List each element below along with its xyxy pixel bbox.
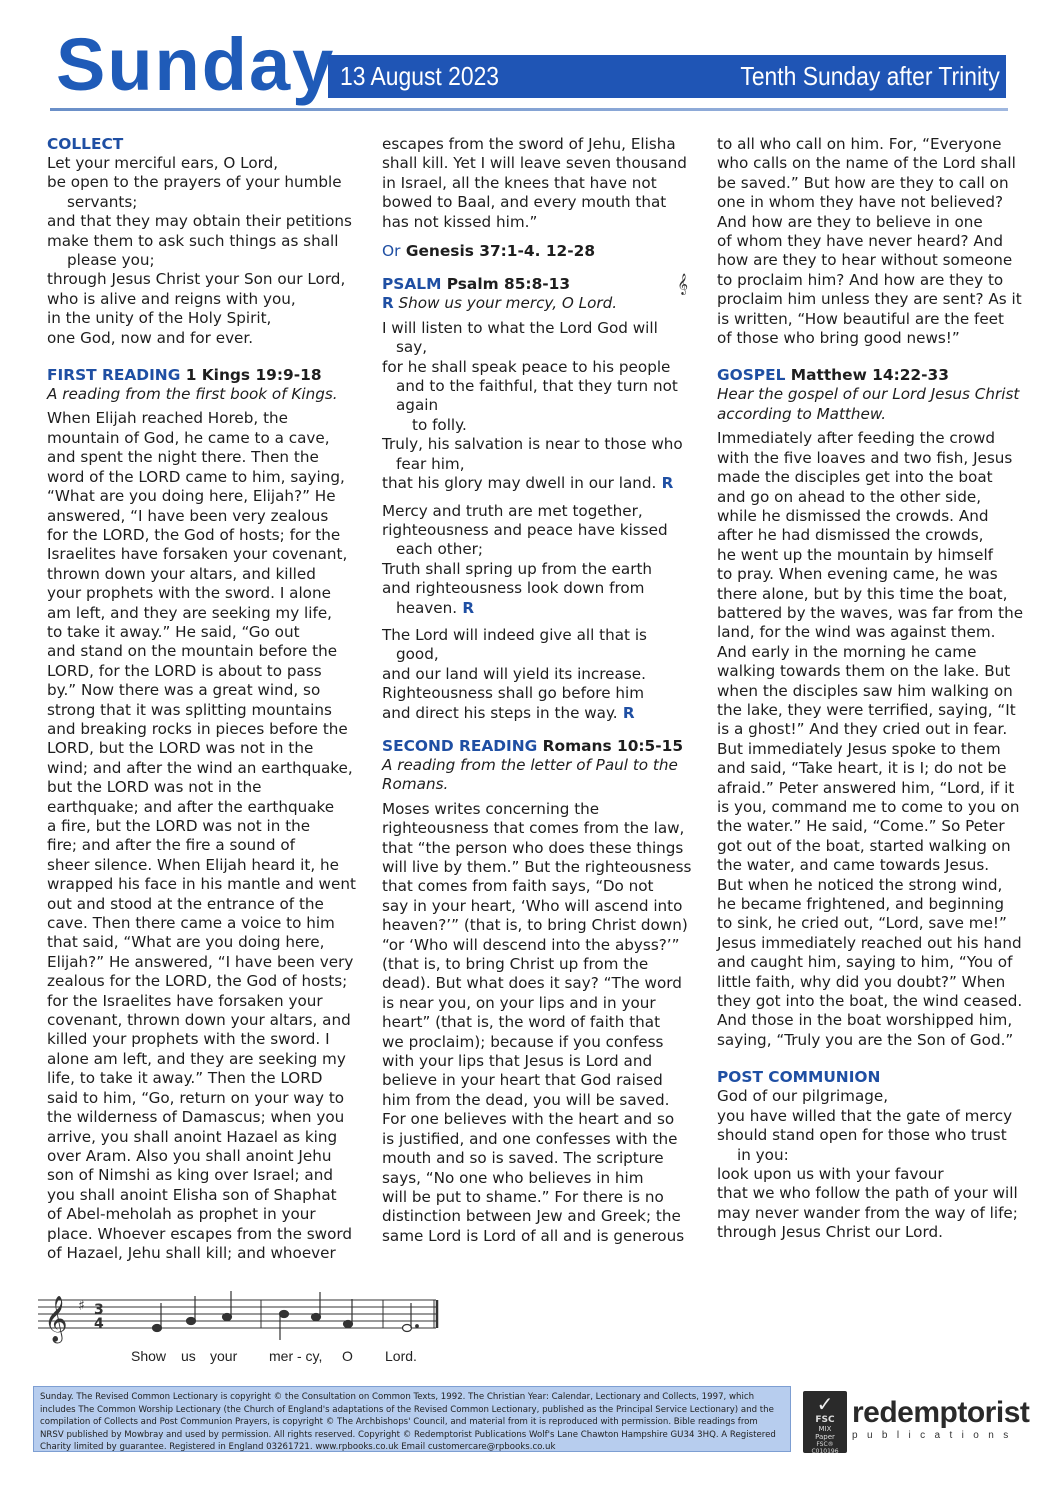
gospel-line: is a ghost!” And they cried out in fear.: [717, 720, 1035, 739]
reading-line: wrapped his face in his mantle and went: [47, 875, 365, 894]
treble-clef-icon: 𝄞: [677, 275, 688, 294]
second-reading-section: SECOND READING Romans 10:5-15 A reading …: [382, 737, 700, 1246]
gospel-line: walking towards them on the lake. But: [717, 662, 1035, 681]
psalm-reference: Psalm 85:8-13: [447, 275, 570, 293]
reading-line: that comes from faith says, “Do not: [382, 877, 700, 896]
reading-line: arrive, you shall anoint Hazael as king: [47, 1128, 365, 1147]
psalm-line: for he shall speak peace to his people: [382, 358, 700, 377]
psalm-line: again: [382, 396, 700, 415]
response-marker: R: [457, 599, 474, 617]
reading-line: one in whom they have not believed?: [717, 193, 1035, 212]
reading-line: For one believes with the heart and so: [382, 1110, 700, 1129]
collect-line: and that they may obtain their petitions: [47, 212, 365, 231]
reading-line: how are they to hear without someone: [717, 251, 1035, 270]
gospel-line: to sink, he cried out, “Lord, save me!”: [717, 914, 1035, 933]
reading-line: heart” (that is, the word of faith that: [382, 1013, 700, 1032]
collect-heading: COLLECT: [47, 135, 123, 153]
response-marker: R: [618, 704, 635, 722]
reading-line: sheer silence. When Elijah heard it, he: [47, 856, 365, 875]
reading-line: son of Nimshi as king over Israel; and: [47, 1166, 365, 1185]
gospel-line: with the five loaves and two fish, Jesus: [717, 449, 1035, 468]
psalm-line: fear him,: [382, 455, 700, 474]
reading-line: to proclaim him? And how are they to: [717, 271, 1035, 290]
collect-line: through Jesus Christ your Son our Lord,: [47, 270, 365, 289]
gospel-line: But when he noticed the strong wind,: [717, 876, 1035, 895]
second-reading-heading: SECOND READING: [382, 737, 537, 755]
date-label: 13 August 2023: [340, 55, 499, 98]
date-banner: 13 August 2023 Tenth Sunday after Trinit…: [328, 55, 1006, 98]
post-communion-line: you have willed that the gate of mercy: [717, 1107, 1035, 1126]
reading-line: out and stood at the entrance of the: [47, 895, 365, 914]
svg-text:4: 4: [94, 1316, 104, 1332]
reading-line: that said, “What are you doing here,: [47, 933, 365, 952]
reading-line: bowed to Baal, and every mouth that: [382, 193, 700, 212]
gospel-line: battered by the waves, was far from the: [717, 604, 1035, 623]
collect-line: one God, now and for ever.: [47, 329, 365, 348]
post-communion-heading: POST COMMUNION: [717, 1068, 880, 1086]
gospel-line: he went up the mountain by himself: [717, 546, 1035, 565]
gospel-line: while he dismissed the crowds. And: [717, 507, 1035, 526]
gospel-line: got out of the boat, started walking on: [717, 837, 1035, 856]
reading-line: fire; and after the fire a sound of: [47, 836, 365, 855]
reading-line: of whom they have never heard? And: [717, 232, 1035, 251]
reading-line: righteousness that comes from the law,: [382, 819, 700, 838]
reading-line: has not kissed him.”: [382, 213, 700, 232]
reading-line: is near you, on your lips and in your: [382, 994, 700, 1013]
reading-line: Moses writes concerning the: [382, 800, 700, 819]
gospel-line: saying, “Truly you are the Son of God.”: [717, 1031, 1035, 1050]
first-reading-text-continued: escapes from the sword of Jehu, Elishash…: [382, 135, 700, 232]
reading-line: Elijah?” He answered, “I have been very: [47, 953, 365, 972]
svg-text:♯: ♯: [78, 1298, 85, 1314]
collect-line: in the unity of the Holy Spirit,: [47, 309, 365, 328]
gospel-line: the water.” He said, “Come.” So Peter: [717, 817, 1035, 836]
gospel-line: the lake, they were terrified, saying, “…: [717, 701, 1035, 720]
collect-text: Let your merciful ears, O Lord,be open t…: [47, 154, 365, 348]
psalm-line: righteousness and peace have kissed: [382, 521, 700, 540]
reading-line: distinction between Jew and Greek; the: [382, 1207, 700, 1226]
psalm-line: and direct his steps in the way. R: [382, 704, 700, 723]
gospel-intro: Hear the gospel of our Lord Jesus Christ…: [717, 385, 1035, 424]
collect-line: make them to ask such things as shall: [47, 232, 365, 251]
reading-line: you shall anoint Elisha son of Shaphat: [47, 1186, 365, 1205]
reading-line: “What are you doing here, Elijah?” He: [47, 487, 365, 506]
response-text: Show us your mercy, O Lord.: [399, 294, 618, 312]
psalm-line: that his glory may dwell in our land. R: [382, 474, 700, 493]
reading-line: LORD, for the LORD is about to pass: [47, 662, 365, 681]
gospel-line: And early in the morning he came: [717, 643, 1035, 662]
psalm-line: heaven. R: [382, 599, 700, 618]
first-reading-text: When Elijah reached Horeb, themountain o…: [47, 409, 365, 1263]
publisher-name: redemptorist: [852, 1397, 1032, 1429]
reading-line: LORD, but the LORD was not in the: [47, 739, 365, 758]
first-reading-reference: 1 Kings 19:9-18: [186, 366, 322, 384]
lyric-syllable: Lord.: [385, 1348, 417, 1364]
post-communion-line: God of our pilgrimage,: [717, 1087, 1035, 1106]
gospel-line: little faith, why did you doubt?” When: [717, 973, 1035, 992]
column-3: to all who call on him. For, “Everyonewh…: [717, 135, 1035, 1255]
reading-line: killed your prophets with the sword. I: [47, 1030, 365, 1049]
post-communion-line: look upon us with your favour: [717, 1165, 1035, 1184]
gospel-line: made the disciples get into the boat: [717, 468, 1035, 487]
psalm-line: Righteousness shall go before him: [382, 684, 700, 703]
psalm-line: and our land will yield its increase.: [382, 665, 700, 684]
gospel-line: And those in the boat worshipped him,: [717, 1011, 1035, 1030]
reading-line: the wilderness of Damascus; when you: [47, 1108, 365, 1127]
collect-line: please you;: [47, 251, 365, 270]
reading-line: escapes from the sword of Jehu, Elisha: [382, 135, 700, 154]
gospel-line: and caught him, saying to him, “You of: [717, 953, 1035, 972]
response-music-staff: 𝄞 ♯ 3 4 Show us your mer - cy, O Lord.: [38, 1290, 450, 1370]
reading-line: believe in your heart that God raised: [382, 1071, 700, 1090]
first-reading-intro: A reading from the first book of Kings.: [47, 385, 365, 404]
fsc-logo: ✓ FSC MIX Paper FSC® C010196: [803, 1391, 847, 1453]
gospel-line: they got into the boat, the wind ceased.: [717, 992, 1035, 1011]
post-communion-line: should stand open for those who trust: [717, 1126, 1035, 1145]
response-marker: R: [656, 474, 673, 492]
gospel-line: is you, command me to come to you on: [717, 798, 1035, 817]
reading-line: who calls on the name of the Lord shall: [717, 154, 1035, 173]
reading-line: over Aram. Also you shall anoint Jehu: [47, 1147, 365, 1166]
gospel-heading: GOSPEL: [717, 366, 785, 384]
reading-line: place. Whoever escapes from the sword: [47, 1225, 365, 1244]
reading-line: for the LORD, the God of hosts; for the: [47, 526, 365, 545]
reading-line: dead). But what does it say? “The word: [382, 974, 700, 993]
gospel-line: Jesus immediately reached out his hand: [717, 934, 1035, 953]
music-staff-icon: 𝄞 ♯ 3 4: [38, 1290, 450, 1346]
reading-line: with your lips that Jesus is Lord and: [382, 1052, 700, 1071]
publisher-subtitle: publications: [852, 1430, 1032, 1441]
lyric-syllable: O: [342, 1348, 353, 1364]
gospel-line: afraid.” Peter answered him, “Lord, if i…: [717, 779, 1035, 798]
reading-line: we proclaim); because if you confess: [382, 1033, 700, 1052]
psalm-line: Truly, his salvation is near to those wh…: [382, 435, 700, 454]
reading-line: When Elijah reached Horeb, the: [47, 409, 365, 428]
post-communion-line: may never wander from the way of life;: [717, 1204, 1035, 1223]
reading-line: will live by them.” But the righteousnes…: [382, 858, 700, 877]
reading-line: says, “No one who believes in him: [382, 1169, 700, 1188]
collect-line: be open to the prayers of your humble: [47, 173, 365, 192]
gospel-line: the water, and came towards Jesus.: [717, 856, 1035, 875]
psalm-line: and righteousness look down from: [382, 579, 700, 598]
gospel-section: GOSPEL Matthew 14:22-33 Hear the gospel …: [717, 366, 1035, 1050]
reading-line: will be put to shame.” For there is no: [382, 1188, 700, 1207]
reading-line: cave. Then there came a voice to him: [47, 914, 365, 933]
reading-line: word of the LORD came to him, saying,: [47, 468, 365, 487]
reading-line: is justified, and one confesses with the: [382, 1130, 700, 1149]
psalm-stanza: I will listen to what the Lord God wills…: [382, 319, 700, 494]
reading-line: mouth and so is saved. The scripture: [382, 1149, 700, 1168]
reading-line: thrown down your altars, and killed: [47, 565, 365, 584]
psalm-line: and to the faithful, that they turn not: [382, 377, 700, 396]
psalm-stanza: Mercy and truth are met together,righteo…: [382, 502, 700, 618]
header-rule: [50, 108, 1008, 111]
psalm-line: each other;: [382, 540, 700, 559]
reading-line: “or ‘Who will descend into the abyss?’”: [382, 936, 700, 955]
psalm-line: The Lord will indeed give all that is: [382, 626, 700, 645]
alternative-reference: Genesis 37:1-4. 12-28: [406, 242, 595, 260]
collect-line: servants;: [47, 193, 365, 212]
reading-line: shall kill. Yet I will leave seven thous…: [382, 154, 700, 173]
gospel-reference: Matthew 14:22-33: [791, 366, 949, 384]
reading-line: zealous for the LORD, the God of hosts;: [47, 972, 365, 991]
response-marker: R: [382, 294, 394, 312]
first-reading-heading: FIRST READING: [47, 366, 180, 384]
reading-line: of Abel-meholah as prophet in your: [47, 1205, 365, 1224]
reading-line: and stand on the mountain before the: [47, 642, 365, 661]
reading-line: covenant, thrown down your altars, and: [47, 1011, 365, 1030]
gospel-line: after he had dismissed the crowds,: [717, 526, 1035, 545]
reading-line: Israelites have forsaken your covenant,: [47, 545, 365, 564]
second-reading-reference: Romans 10:5-15: [543, 737, 683, 755]
or-label: Or: [382, 242, 400, 260]
alternative-reading: Or Genesis 37:1-4. 12-28: [382, 242, 700, 261]
reading-line: of those who bring good news!”: [717, 329, 1035, 348]
gospel-line: land, for the wind was against them.: [717, 623, 1035, 642]
lyric-syllable: your: [210, 1348, 237, 1364]
reading-line: And how are they to believe in one: [717, 213, 1035, 232]
occasion-label: Tenth Sunday after Trinity: [741, 55, 1000, 98]
publisher-logo: redemptorist publications: [852, 1397, 1032, 1441]
reading-line: a fire, but the LORD was not in the: [47, 817, 365, 836]
gospel-line: when the disciples saw him walking on: [717, 682, 1035, 701]
collect-line: who is alive and reigns with you,: [47, 290, 365, 309]
reading-line: life, to take it away.” Then the LORD: [47, 1069, 365, 1088]
second-reading-intro: A reading from the letter of Paul to the…: [382, 756, 700, 795]
reading-line: and spent the night there. Then the: [47, 448, 365, 467]
gospel-line: and go on ahead to the other side,: [717, 488, 1035, 507]
psalm-line: say,: [382, 338, 700, 357]
column-2: escapes from the sword of Jehu, Elishash…: [382, 135, 700, 1258]
gospel-line: But immediately Jesus spoke to them: [717, 740, 1035, 759]
reading-line: proclaim him unless they are sent? As it: [717, 290, 1035, 309]
reading-line: wind; and after the wind an earthquake,: [47, 759, 365, 778]
psalm-stanza: The Lord will indeed give all that isgoo…: [382, 626, 700, 723]
reading-line: heaven?’” (that is, to bring Christ down…: [382, 916, 700, 935]
psalm-line: Truth shall spring up from the earth: [382, 560, 700, 579]
reading-line: same Lord is Lord of all and is generous: [382, 1227, 700, 1246]
svg-text:𝄞: 𝄞: [44, 1296, 68, 1344]
gospel-line: and said, “Take heart, it is I; do not b…: [717, 759, 1035, 778]
reading-line: answered, “I have been very zealous: [47, 507, 365, 526]
second-reading-text-continued: to all who call on him. For, “Everyonewh…: [717, 135, 1035, 348]
column-1: COLLECT Let your merciful ears, O Lord,b…: [47, 135, 365, 1275]
psalm-line: Mercy and truth are met together,: [382, 502, 700, 521]
post-communion-line: that we who follow the path of your will: [717, 1184, 1035, 1203]
psalm-section: 𝄞 PSALM Psalm 85:8-13 R Show us your mer…: [382, 275, 700, 723]
tree-icon: ✓: [803, 1393, 847, 1415]
psalm-response: R Show us your mercy, O Lord.: [382, 294, 700, 313]
reading-line: your prophets with the sword. I alone: [47, 584, 365, 603]
psalm-text: I will listen to what the Lord God wills…: [382, 319, 700, 723]
reading-line: in Israel, all the knees that have not: [382, 174, 700, 193]
gospel-line: to pray. When evening came, he was: [717, 565, 1035, 584]
gospel-line: there alone, but by this time the boat,: [717, 585, 1035, 604]
reading-line: him from the dead, you will be saved.: [382, 1091, 700, 1110]
reading-line: to take it away.” He said, “Go out: [47, 623, 365, 642]
reading-line: (that is, to bring Christ up from the: [382, 955, 700, 974]
reading-line: say in your heart, ‘Who will ascend into: [382, 897, 700, 916]
reading-line: to all who call on him. For, “Everyone: [717, 135, 1035, 154]
reading-line: of Hazael, Jehu shall kill; and whoever: [47, 1244, 365, 1263]
reading-line: mountain of God, he came to a cave,: [47, 429, 365, 448]
day-title: Sunday: [56, 20, 335, 110]
psalm-line: to folly.: [382, 416, 700, 435]
psalm-heading: PSALM: [382, 275, 441, 293]
reading-line: strong that it was splitting mountains: [47, 701, 365, 720]
reading-line: earthquake; and after the earthquake: [47, 798, 365, 817]
page-header: Sunday 13 August 2023 Tenth Sunday after…: [0, 0, 1058, 112]
collect-line: Let your merciful ears, O Lord,: [47, 154, 365, 173]
reading-line: and breaking rocks in pieces before the: [47, 720, 365, 739]
psalm-line: I will listen to what the Lord God will: [382, 319, 700, 338]
post-communion-line: through Jesus Christ our Lord.: [717, 1223, 1035, 1242]
copyright-notice: Sunday. The Revised Common Lectionary is…: [33, 1386, 791, 1452]
reading-line: by.” Now there was a great wind, so: [47, 681, 365, 700]
reading-line: for the Israelites have forsaken your: [47, 992, 365, 1011]
reading-line: is written, “How beautiful are the feet: [717, 310, 1035, 329]
reading-line: alone am left, and they are seeking my: [47, 1050, 365, 1069]
gospel-line: Immediately after feeding the crowd: [717, 429, 1035, 448]
reading-line: am left, and they are seeking my life,: [47, 604, 365, 623]
post-communion-text: God of our pilgrimage,you have willed th…: [717, 1087, 1035, 1242]
lyric-syllable: Show: [131, 1348, 166, 1364]
second-reading-text: Moses writes concerning therighteousness…: [382, 800, 700, 1246]
reading-line: but the LORD was not in the: [47, 778, 365, 797]
post-communion-line: in you:: [717, 1146, 1035, 1165]
gospel-text: Immediately after feeding the crowdwith …: [717, 429, 1035, 1050]
psalm-line: good,: [382, 645, 700, 664]
reading-line: be saved.” But how are they to call on: [717, 174, 1035, 193]
reading-line: said to him, “Go, return on your way to: [47, 1089, 365, 1108]
first-reading-section: FIRST READING 1 Kings 19:9-18 A reading …: [47, 366, 365, 1263]
post-communion-section: POST COMMUNION God of our pilgrimage,you…: [717, 1068, 1035, 1242]
reading-line: that “the person who does these things: [382, 839, 700, 858]
lyric-syllable: mer - cy,: [269, 1348, 322, 1364]
lyric-syllable: us: [181, 1348, 196, 1364]
collect-section: COLLECT Let your merciful ears, O Lord,b…: [47, 135, 365, 348]
gospel-line: he became frightened, and beginning: [717, 895, 1035, 914]
